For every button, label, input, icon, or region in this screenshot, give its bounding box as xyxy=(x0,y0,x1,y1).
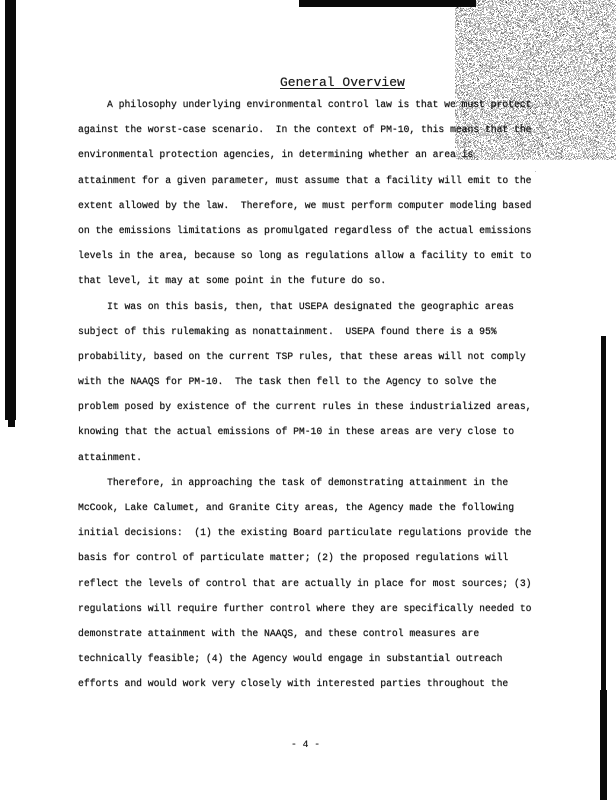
text-line: reflect the levels of control that are a… xyxy=(78,571,556,596)
text-line: with the NAAQS for PM-10. The task then … xyxy=(78,369,556,394)
scan-noise-region xyxy=(555,290,616,620)
scan-noise-region xyxy=(490,690,616,800)
text-line: on the emissions limitations as promulga… xyxy=(78,218,556,243)
page-title: General Overview xyxy=(280,75,405,90)
text-line: extent allowed by the law. Therefore, we… xyxy=(78,193,556,218)
text-line: McCook, Lake Calumet, and Granite City a… xyxy=(78,495,556,520)
text-line: knowing that the actual emissions of PM-… xyxy=(78,419,556,444)
text-line: regulations will require further control… xyxy=(78,596,556,621)
text-line: subject of this rulemaking as nonattainm… xyxy=(78,319,556,344)
scan-noise-region xyxy=(560,735,616,800)
text-line: environmental protection agencies, in de… xyxy=(78,142,556,167)
paragraph-3: Therefore, in approaching the task of de… xyxy=(78,470,556,697)
text-line: attainment. xyxy=(78,445,556,470)
text-line: efforts and would work very closely with… xyxy=(78,671,556,696)
page-number: - 4 - xyxy=(291,736,320,754)
scan-artifact-left-bar xyxy=(5,0,16,420)
text-line: against the worst-case scenario. In the … xyxy=(78,117,556,142)
scan-artifact-left-bar-tip xyxy=(8,418,15,427)
text-line: initial decisions: (1) the existing Boar… xyxy=(78,520,556,545)
scan-artifact-right-bar-bottom xyxy=(600,690,607,800)
text-line: basis for control of particulate matter;… xyxy=(78,545,556,570)
scan-noise-region xyxy=(585,560,616,800)
text-line: A philosophy underlying environmental co… xyxy=(78,92,556,117)
text-line: problem posed by existence of the curren… xyxy=(78,394,556,419)
text-line: demonstrate attainment with the NAAQS, a… xyxy=(78,621,556,646)
text-line: levels in the area, because so long as r… xyxy=(78,243,556,268)
text-line: that level, it may at some point in the … xyxy=(78,268,556,293)
scan-artifact-top-bar xyxy=(299,0,476,7)
paragraph-1: A philosophy underlying environmental co… xyxy=(78,92,556,294)
scan-noise-region xyxy=(0,245,55,435)
scan-artifact-right-bar xyxy=(601,336,606,696)
text-line: attainment for a given parameter, must a… xyxy=(78,168,556,193)
text-line: Therefore, in approaching the task of de… xyxy=(78,470,556,495)
scan-noise-region xyxy=(0,0,616,52)
text-line: probability, based on the current TSP ru… xyxy=(78,344,556,369)
document-body: A philosophy underlying environmental co… xyxy=(78,92,556,697)
scan-noise-region xyxy=(0,0,72,250)
text-line: technically feasible; (4) the Agency wou… xyxy=(78,646,556,671)
text-line: It was on this basis, then, that USEPA d… xyxy=(78,294,556,319)
scanned-document-page: General Overview A philosophy underlying… xyxy=(0,0,616,800)
paragraph-2: It was on this basis, then, that USEPA d… xyxy=(78,294,556,470)
